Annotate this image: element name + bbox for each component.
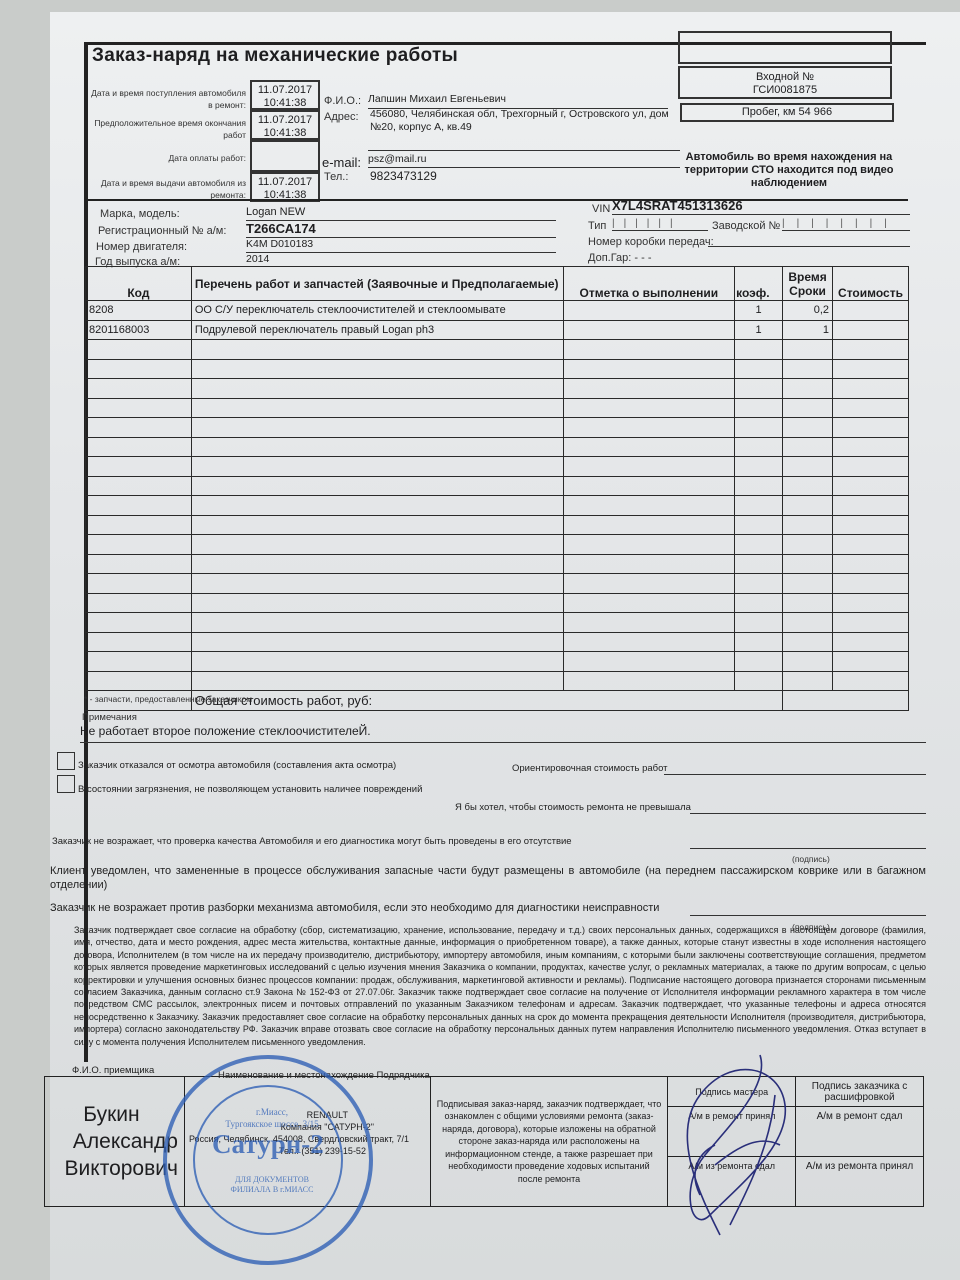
engine-label: Номер двигателя: — [96, 241, 187, 253]
email-value: psz@mail.ru — [368, 153, 680, 168]
table-row-empty — [86, 593, 909, 613]
quality-check-text: Заказчик не возражает, что проверка каче… — [52, 836, 572, 847]
table-row-empty — [86, 574, 909, 594]
disassembly-text: Заказчик не возражает против разборки ме… — [50, 902, 659, 914]
estimate-field[interactable] — [664, 774, 926, 775]
incoming-number: ГСИ0081875 — [680, 84, 890, 97]
row-name: Подрулевой переключатель правый Logan ph… — [191, 320, 563, 340]
table-row-empty — [86, 671, 909, 691]
receiver-patronymic: Викторович — [45, 1155, 178, 1182]
stamp-city: г.Миасс, — [167, 1107, 377, 1117]
fio-label: Ф.И.О.: — [324, 95, 361, 107]
table-row-empty — [86, 476, 909, 496]
received-time: 10:41:38 — [252, 97, 318, 110]
issued-label: Дата и время выдачи автомобиля из ремонт… — [86, 177, 246, 201]
fio-value: Лапшин Михаил Евгеньевич — [368, 93, 668, 109]
factory-field: |||||||| — [782, 218, 910, 231]
total-value — [783, 691, 909, 711]
row-mark — [563, 320, 735, 340]
car-handed-cell[interactable]: А/м в ремонт сдал — [796, 1107, 924, 1157]
table-row-empty — [86, 359, 909, 379]
received-datetime-box: 11.07.2017 10:41:38 — [250, 80, 320, 110]
table-row-empty — [86, 515, 909, 535]
blank-box — [678, 31, 892, 64]
checkbox-dirty[interactable] — [57, 775, 75, 793]
stamp-company-name: Сатурн-2 — [212, 1129, 324, 1160]
reg-value: Т266СА174 — [246, 221, 556, 238]
expected-end-time: 10:41:38 — [252, 127, 318, 140]
address-underline — [368, 150, 680, 151]
vin-value: X7L4SRAT451313626 — [612, 198, 910, 215]
issued-datetime-box: 11.07.2017 10:41:38 — [250, 172, 320, 202]
terms-text: Подписывая заказ-наряд, заказчик подтвер… — [430, 1077, 668, 1207]
customer-sign-label: Подпись заказчика с расшифровкой — [796, 1077, 924, 1107]
reg-label: Регистрационный № а/м: — [98, 225, 226, 237]
expected-end-date: 11.07.2017 — [252, 114, 318, 127]
type-field: |||||| — [612, 218, 708, 231]
engine-value: K4M D010183 — [246, 238, 556, 253]
consent-text: Заказчик подтверждает свое согласие на о… — [74, 924, 926, 1048]
table-row-empty — [86, 437, 909, 457]
table-row: 8201168003 Подрулевой переключатель прав… — [86, 320, 909, 340]
max-cost-field[interactable] — [690, 813, 926, 814]
checkbox-refused-inspection[interactable] — [57, 752, 75, 770]
receiver-first-name: Александр — [45, 1128, 178, 1155]
footnote: * - запчасти, предоставленные заказчиком — [84, 694, 252, 704]
row-time: 0,2 — [783, 301, 833, 321]
notes-label: Примечания — [82, 712, 137, 723]
parts-notice: Клиент уведомлен, что замененные в проце… — [50, 864, 926, 892]
company-stamp: г.Миасс, Тургоякское шоссе, 3/15 Сатурн-… — [163, 1055, 373, 1265]
receiver-last-name: Букин — [45, 1101, 178, 1128]
table-row-empty — [86, 418, 909, 438]
row-name: ОО С/У переключатель стеклоочистителей и… — [191, 301, 563, 321]
model-value: Logan NEW — [246, 206, 556, 221]
table-header-row: Код Перечень работ и запчастей (Заявочны… — [86, 267, 909, 301]
table-row-empty — [86, 535, 909, 555]
header-code: Код — [86, 267, 192, 301]
row-coef: 1 — [735, 301, 783, 321]
expected-end-datetime-box: 11.07.2017 10:41:38 — [250, 110, 320, 140]
expected-end-label: Предположительное время окончания работ — [86, 117, 246, 141]
received-date: 11.07.2017 — [252, 84, 318, 97]
stamp-street: Тургоякское шоссе, 3/15 — [167, 1119, 377, 1129]
mileage-box: Пробег, км 54 966 — [680, 103, 894, 122]
stamp-docs: ДЛЯ ДОКУМЕНТОВ ФИЛИАЛА В г.МИАСС — [217, 1175, 327, 1195]
table-row-empty — [86, 613, 909, 633]
row-cost — [833, 320, 909, 340]
header-coef: коэф. — [735, 267, 783, 301]
total-label: Общая стоимость работ, руб: — [191, 691, 782, 711]
warranty-label: Доп.Гар: - - - — [588, 252, 652, 264]
factory-label: Заводской № — [712, 220, 780, 232]
payment-date-label: Дата оплаты работ: — [86, 152, 246, 164]
works-table: Код Перечень работ и запчастей (Заявочны… — [85, 266, 909, 711]
received-label: Дата и время поступления автомобиля в ре… — [86, 87, 246, 111]
receiver-name: Букин Александр Викторович — [45, 1077, 185, 1207]
estimate-label: Ориентировочная стоимость работ — [512, 763, 668, 774]
phone-label: Тел.: — [324, 171, 348, 183]
table-row-empty — [86, 457, 909, 477]
address-value: 456080, Челябинская обл, Трехгорный г, О… — [370, 108, 690, 134]
year-value: 2014 — [246, 253, 269, 265]
table-row-empty — [86, 340, 909, 360]
video-notice: Автомобиль во время нахождения на террит… — [684, 151, 894, 190]
table-row-empty — [86, 632, 909, 652]
quality-signature-field[interactable] — [690, 848, 926, 849]
header-time: Время Сроки — [783, 267, 833, 301]
row-code: 8208 — [86, 301, 192, 321]
row-code: 8201168003 — [86, 320, 192, 340]
table-row-empty — [86, 398, 909, 418]
row-cost — [833, 301, 909, 321]
row-time: 1 — [783, 320, 833, 340]
vin-label: VIN — [592, 203, 610, 215]
car-out-received-cell[interactable]: А/м из ремонта принял — [796, 1157, 924, 1207]
disassembly-signature-field[interactable] — [690, 915, 926, 916]
checkbox-dirty-label: В состоянии загрязнения, не позволяющем … — [78, 784, 422, 795]
document-title: Заказ-наряд на механические работы — [92, 45, 458, 67]
model-label: Марка, модель: — [100, 208, 180, 220]
signature-hint-1: (подпись) — [792, 854, 830, 864]
address-label: Адрес: — [324, 111, 359, 123]
address-line-2: №20, корпус А, кв.49 — [370, 121, 690, 134]
table-row-empty — [86, 496, 909, 516]
row-coef: 1 — [735, 320, 783, 340]
header-works: Перечень работ и запчастей (Заявочные и … — [191, 267, 563, 301]
table-row: 8208 ОО С/У переключатель стеклоочистите… — [86, 301, 909, 321]
payment-date-box — [250, 140, 320, 172]
header-cost: Стоимость — [833, 267, 909, 301]
row-mark — [563, 301, 735, 321]
issued-date: 11.07.2017 — [252, 176, 318, 189]
checkbox-refused-inspection-label: Заказчик отказался от осмотра автомобиля… — [78, 760, 396, 771]
table-row-empty — [86, 554, 909, 574]
table-row-empty — [86, 652, 909, 672]
master-signature-icon — [660, 1045, 810, 1245]
email-label: e-mail: — [322, 155, 361, 170]
phone-value: 9823473129 — [370, 169, 437, 183]
table-row-empty — [86, 379, 909, 399]
incoming-label: Входной № — [680, 71, 890, 84]
address-line-1: 456080, Челябинская обл, Трехгорный г, О… — [370, 108, 690, 121]
receiver-label: Ф.И.О. приемщика — [72, 1065, 154, 1076]
incoming-number-box: Входной № ГСИ0081875 — [678, 66, 892, 99]
notes-value: Не работает второе положение стеклоочист… — [80, 724, 926, 743]
header-mark: Отметка о выполнении — [563, 267, 735, 301]
type-label: Тип — [588, 220, 606, 232]
gearbox-field — [708, 232, 910, 247]
max-cost-label: Я бы хотел, чтобы стоимость ремонта не п… — [455, 802, 691, 813]
gearbox-label: Номер коробки передач: — [588, 236, 714, 248]
